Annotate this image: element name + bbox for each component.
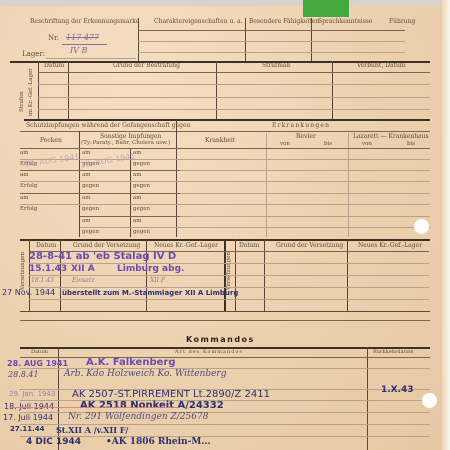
impf-rule [20,131,430,132]
impf-row-rule [20,181,430,182]
vers-side-label: Versetzungen [20,252,26,290]
komm-entry-date: 4 DIC 1944 [26,438,81,447]
header-rule [138,52,405,53]
komm-entry-text: •AK 1806 Rhein-M... [106,438,211,447]
komm-entry-return: 1.X.43 [381,386,414,395]
komm-col-datum: Datum [31,350,48,355]
header-rule [138,30,246,31]
scan-right-edge [442,0,450,450]
strafen-col-grund: Grund der Bestrafung [113,63,180,69]
impf-cell: am [133,173,142,179]
impf-cell: am [20,151,29,157]
impf-cell: am [20,173,29,179]
section-rule [20,311,430,312]
impf-divider [176,120,177,237]
erkennungsmarke-label: Beschriftung der Erkennungsmarke [30,19,139,25]
header-divider [311,18,312,62]
header-rule [245,30,405,31]
impf-cell: am [82,151,91,157]
strafen-col-divider [68,61,69,119]
red-strikethrough [10,407,180,408]
vers-entry-date: 15.1.43 [29,265,67,274]
impf-cell: gegen [82,207,99,213]
header-divider [138,18,139,62]
strafen-col-divider [332,61,333,119]
impf-cell: gegen [133,230,150,236]
impf-col-pocken: Pocken [40,138,62,144]
strafen-col-divider [38,61,39,119]
vers-side-label-2: Versetzungen [226,252,232,290]
impf-row-rule [180,193,430,194]
header-col-sprachen: Sprachkenntnisse [318,19,372,25]
komm-entry-date: 28. AUG 1941 [7,360,68,368]
vers-entry-stalag-stamp: 28-8-41 ab 'eb Stalag IV D [29,252,176,262]
nr-value: 117 477 [66,33,99,42]
revier-bis: bis [324,142,332,148]
komm-rule [20,357,430,358]
vers-entry-grund: überstellt zum M.-Stammlager XII A Limbu… [62,290,238,297]
vers-entry-date: 18.1.43 [31,277,54,284]
impf-cell: gegen [133,207,150,213]
komm-rule [20,436,430,437]
impf-row-rule [20,170,180,171]
komm-entry-text: Arb. Kdo Holzweich Ko. Wittenberg [64,369,226,379]
strafen-col-datum: Datum [44,63,64,69]
impf-cell: gegen [82,184,99,190]
section-rule [20,239,200,241]
strafen-rule [38,109,430,110]
komm-entry-date: 29. Jan. 1943 [9,391,55,398]
header-col-faehigkeiten: Besondere Fähigkeiten [249,19,319,25]
vers-entry-date: 27 Nov. 1944 [2,289,55,297]
vers-col-grund-2: Grund der Versetzung [276,243,343,249]
impf-row-rule [20,193,180,194]
header-col-fuehrung: Führung [389,19,415,25]
nr-label: Nr. [48,35,59,42]
header-divider [245,18,246,62]
lazarett-bis: bis [407,142,415,148]
komm-top-rule [20,320,430,321]
erkr-col-krankheit: Krankheit [205,138,235,144]
impf-cell: gegen [133,162,150,168]
impf-cell: am [133,219,142,225]
komm-entry-text: Nr. 291 Wölfendingen Z/25678 [68,412,208,422]
punch-hole [422,393,437,408]
vers-col-grund: Grund der Versetzung [73,243,140,249]
impf-row-rule [80,216,180,217]
erkr-col-revier: Revier [296,134,316,140]
strafen-col-strafmass: Strafmaß [262,63,290,69]
scan-top-edge [0,0,450,6]
kommandos-title: Kommandos [186,336,255,344]
strafen-side-label-1: Strafen [19,91,25,112]
komm-entry-text: St.XII A /v.XII F/ [56,426,128,434]
vers-rule [29,299,429,300]
nr-underline [62,44,107,45]
impf-divider [79,131,80,237]
strafen-col-verbuesst: Verbüßt, Datum [357,63,406,69]
green-index-tab [303,0,349,17]
section-rule [24,119,430,121]
vers-col-lager: Neues Kr.-Gef.-Lager [154,243,218,249]
impf-header-rule [20,148,430,149]
komm-entry-date: 27.11.44 [10,426,45,433]
strafen-rule [38,84,430,85]
komm-entry-date: 17. Juli 1944 [3,414,53,422]
header-col-charakter: Charaktereigenschaften u. a. [154,19,243,25]
pow-record-card: Beschriftung der Erkennungsmarke Nr. 117… [0,0,450,450]
impf-row-rule [80,227,430,228]
vers-rule [29,275,429,276]
komm-col-rueckkehr: Rückkehrdatum [373,350,414,355]
vers-entry-lager: XII F [150,277,165,284]
impf-row-rule [20,204,430,205]
impf-cell: am [82,173,91,179]
komm-entry-text: AK 2507-ST.PIRREMENT Lt.2890/Z 2411 [72,390,270,400]
impf-row-rule [180,216,430,217]
vers-entry-grund: XII A [71,265,95,274]
komm-entry-text: A.K. Falkenberg [86,358,176,368]
punch-hole [414,219,429,234]
impf-cell: Erfolg [20,207,37,213]
impf-cell: gegen [82,230,99,236]
revier-von: von [280,142,290,148]
lazarett-von: von [362,142,372,148]
komm-divider [367,347,368,450]
vers-entry-lager: Limburg abg. [117,265,184,274]
impf-row-rule [180,170,430,171]
impf-cell: Erfolg [20,184,37,190]
impfungen-title: Schutzimpfungen während der Gefangenscha… [26,123,190,129]
vers-rule [29,287,429,288]
impf-cell: gegen [133,184,150,190]
vers-col-lager-2: Neues Kr.-Gef.-Lager [358,243,422,249]
impf-cell: am [133,196,142,202]
lager-dotted-line [46,58,136,59]
vers-col-datum: Datum [36,243,56,249]
strafen-rule [38,72,430,73]
komm-entry-text: AK 2518 Nonkeit A/24332 [80,401,224,411]
impf-col-sonstige-sub: (Ty.-Paraty., Ruhr, Cholera usw.) [81,141,170,147]
erkr-col-lazarett: Lazarett — Krankenhaus [353,134,429,140]
lager-label: Lager: [22,51,45,58]
impf-cell: am [82,219,91,225]
strafen-side-label-2: im Kr.-Gef.-Lager [28,68,34,116]
komm-entry-date: 28.8.41 [8,370,39,379]
impf-cell: am [82,196,91,202]
header-rule [138,41,405,42]
strafen-col-divider [216,61,217,119]
lager-value: IV B [70,46,87,55]
vers-entry-grund: Einsatz [72,277,94,284]
erkrankungen-title: Erkrankungen [272,123,330,129]
strafen-rule [38,97,430,98]
vers-col-datum-2: Datum [239,243,259,249]
impf-date-stamp-1: 18. AUG 1941 [24,153,80,169]
impf-cell: am [20,196,29,202]
komm-col-art: Art des Kommandos [175,350,243,355]
